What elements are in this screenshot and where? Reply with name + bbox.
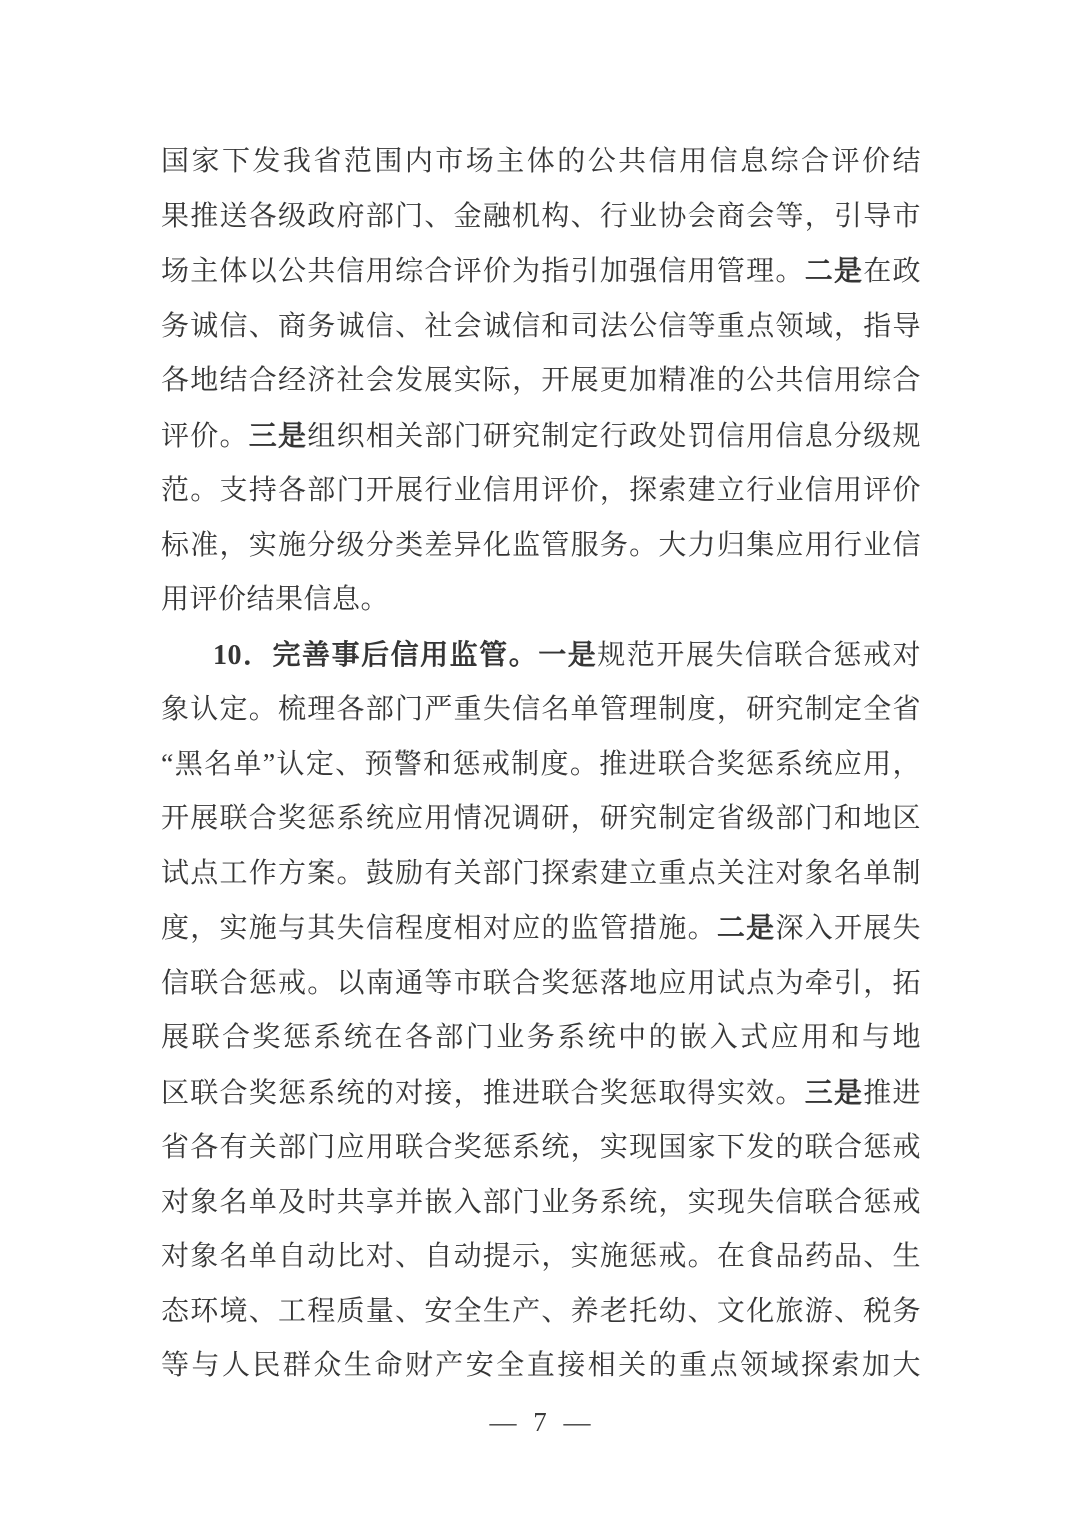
- emphasis-text: 三是: [249, 419, 308, 452]
- body-text: 对象名单及时共享并嵌入部门业务系统，实现失信联合惩戒: [161, 1187, 921, 1218]
- text-line: 等与人民群众生命财产安全直接相关的重点领域探索加大: [161, 1339, 921, 1394]
- text-line: “黑名单”认定、预警和惩戒制度。推进联合奖惩系统应用，: [161, 738, 921, 793]
- text-line: 务诚信、商务诚信、社会诚信和司法公信等重点领域，指导: [161, 300, 921, 355]
- body-text: 展联合奖惩系统在各部门业务系统中的嵌入式应用和与地: [161, 1022, 921, 1053]
- text-line: 开展联合奖惩系统应用情况调研，研究制定省级部门和地区: [161, 792, 921, 847]
- text-line: 场主体以公共信用综合评价为指引加强信用管理。二是在政: [161, 244, 921, 300]
- body-text: 用评价结果信息。: [161, 584, 389, 615]
- text-line: 态环境、工程质量、安全生产、养老托幼、文化旅游、税务: [161, 1285, 921, 1340]
- text-line: 展联合奖惩系统在各部门业务系统中的嵌入式应用和与地: [161, 1011, 921, 1066]
- text-line: 信联合惩戒。以南通等市联合奖惩落地应用试点为牵引，拓: [161, 957, 921, 1012]
- document-body: 国家下发我省范围内市场主体的公共信用信息综合评价结果推送各级政府部门、金融机构、…: [161, 135, 921, 1394]
- body-text: 开展联合奖惩系统应用情况调研，研究制定省级部门和地区: [161, 803, 921, 834]
- body-text: “黑名单”认定、预警和惩戒制度。推进联合奖惩系统应用，: [161, 749, 921, 780]
- body-text: 范。支持各部门开展行业信用评价，探索建立行业信用评价: [161, 475, 921, 506]
- body-text: 象认定。梳理各部门严重失信名单管理制度，研究制定全省: [161, 694, 921, 725]
- body-text: 标准，实施分级分类差异化监管服务。大力归集应用行业信: [161, 530, 921, 561]
- body-text: 在政: [863, 256, 921, 287]
- body-text: 等与人民群众生命财产安全直接相关的重点领域探索加大: [161, 1350, 921, 1381]
- text-line: 各地结合经济社会发展实际，开展更加精准的公共信用综合: [161, 354, 921, 409]
- body-text: 规范开展失信联合惩戒对: [597, 640, 921, 671]
- body-text: 务诚信、商务诚信、社会诚信和司法公信等重点领域，指导: [161, 311, 921, 342]
- body-text: 组织相关部门研究制定行政处罚信用信息分级规: [307, 421, 921, 452]
- body-text: 评价。: [161, 421, 249, 452]
- text-line: 区联合奖惩系统的对接，推进联合奖惩取得实效。三是推进: [161, 1066, 921, 1122]
- text-line: 10．完善事后信用监管。一是规范开展失信联合惩戒对: [161, 628, 921, 684]
- text-line: 对象名单及时共享并嵌入部门业务系统，实现失信联合惩戒: [161, 1176, 921, 1231]
- body-text: 度，实施与其失信程度相对应的监管措施。: [161, 913, 717, 944]
- item-heading-text: 10．完善事后信用监管。: [213, 640, 538, 671]
- text-line: 果推送各级政府部门、金融机构、行业协会商会等，引导市: [161, 190, 921, 245]
- body-text: 区联合奖惩系统的对接，推进联合奖惩取得实效。: [161, 1078, 805, 1109]
- body-text: 对象名单自动比对、自动提示，实施惩戒。在食品药品、生: [161, 1241, 921, 1272]
- text-line: 象认定。梳理各部门严重失信名单管理制度，研究制定全省: [161, 683, 921, 738]
- text-line: 标准，实施分级分类差异化监管服务。大力归集应用行业信: [161, 519, 921, 574]
- text-line: 用评价结果信息。: [161, 573, 921, 628]
- body-text: 推进: [863, 1078, 921, 1109]
- body-text: 省各有关部门应用联合奖惩系统，实现国家下发的联合惩戒: [161, 1132, 921, 1163]
- text-line: 试点工作方案。鼓励有关部门探索建立重点关注对象名单制: [161, 847, 921, 902]
- body-text: 各地结合经济社会发展实际，开展更加精准的公共信用综合: [161, 365, 921, 396]
- text-line: 国家下发我省范围内市场主体的公共信用信息综合评价结: [161, 135, 921, 190]
- emphasis-text: 二是: [805, 254, 864, 287]
- body-text: 场主体以公共信用综合评价为指引加强信用管理。: [161, 256, 805, 287]
- text-line: 评价。三是组织相关部门研究制定行政处罚信用信息分级规: [161, 409, 921, 465]
- body-text: 国家下发我省范围内市场主体的公共信用信息综合评价结: [161, 146, 921, 177]
- body-text: 试点工作方案。鼓励有关部门探索建立重点关注对象名单制: [161, 858, 921, 889]
- emphasis-text: 一是: [538, 638, 597, 671]
- emphasis-text: 三是: [805, 1076, 864, 1109]
- page-number: — 7 —: [0, 1402, 1080, 1442]
- body-text: 信联合惩戒。以南通等市联合奖惩落地应用试点为牵引，拓: [161, 968, 921, 999]
- text-line: 省各有关部门应用联合奖惩系统，实现国家下发的联合惩戒: [161, 1121, 921, 1176]
- text-line: 度，实施与其失信程度相对应的监管措施。二是深入开展失: [161, 901, 921, 957]
- emphasis-text: 二是: [717, 911, 776, 944]
- body-text: 深入开展失: [775, 913, 921, 944]
- text-line: 范。支持各部门开展行业信用评价，探索建立行业信用评价: [161, 464, 921, 519]
- body-text: 果推送各级政府部门、金融机构、行业协会商会等，引导市: [161, 201, 921, 232]
- text-line: 对象名单自动比对、自动提示，实施惩戒。在食品药品、生: [161, 1230, 921, 1285]
- body-text: 态环境、工程质量、安全生产、养老托幼、文化旅游、税务: [161, 1296, 921, 1327]
- document-page: 国家下发我省范围内市场主体的公共信用信息综合评价结果推送各级政府部门、金融机构、…: [0, 0, 1080, 1527]
